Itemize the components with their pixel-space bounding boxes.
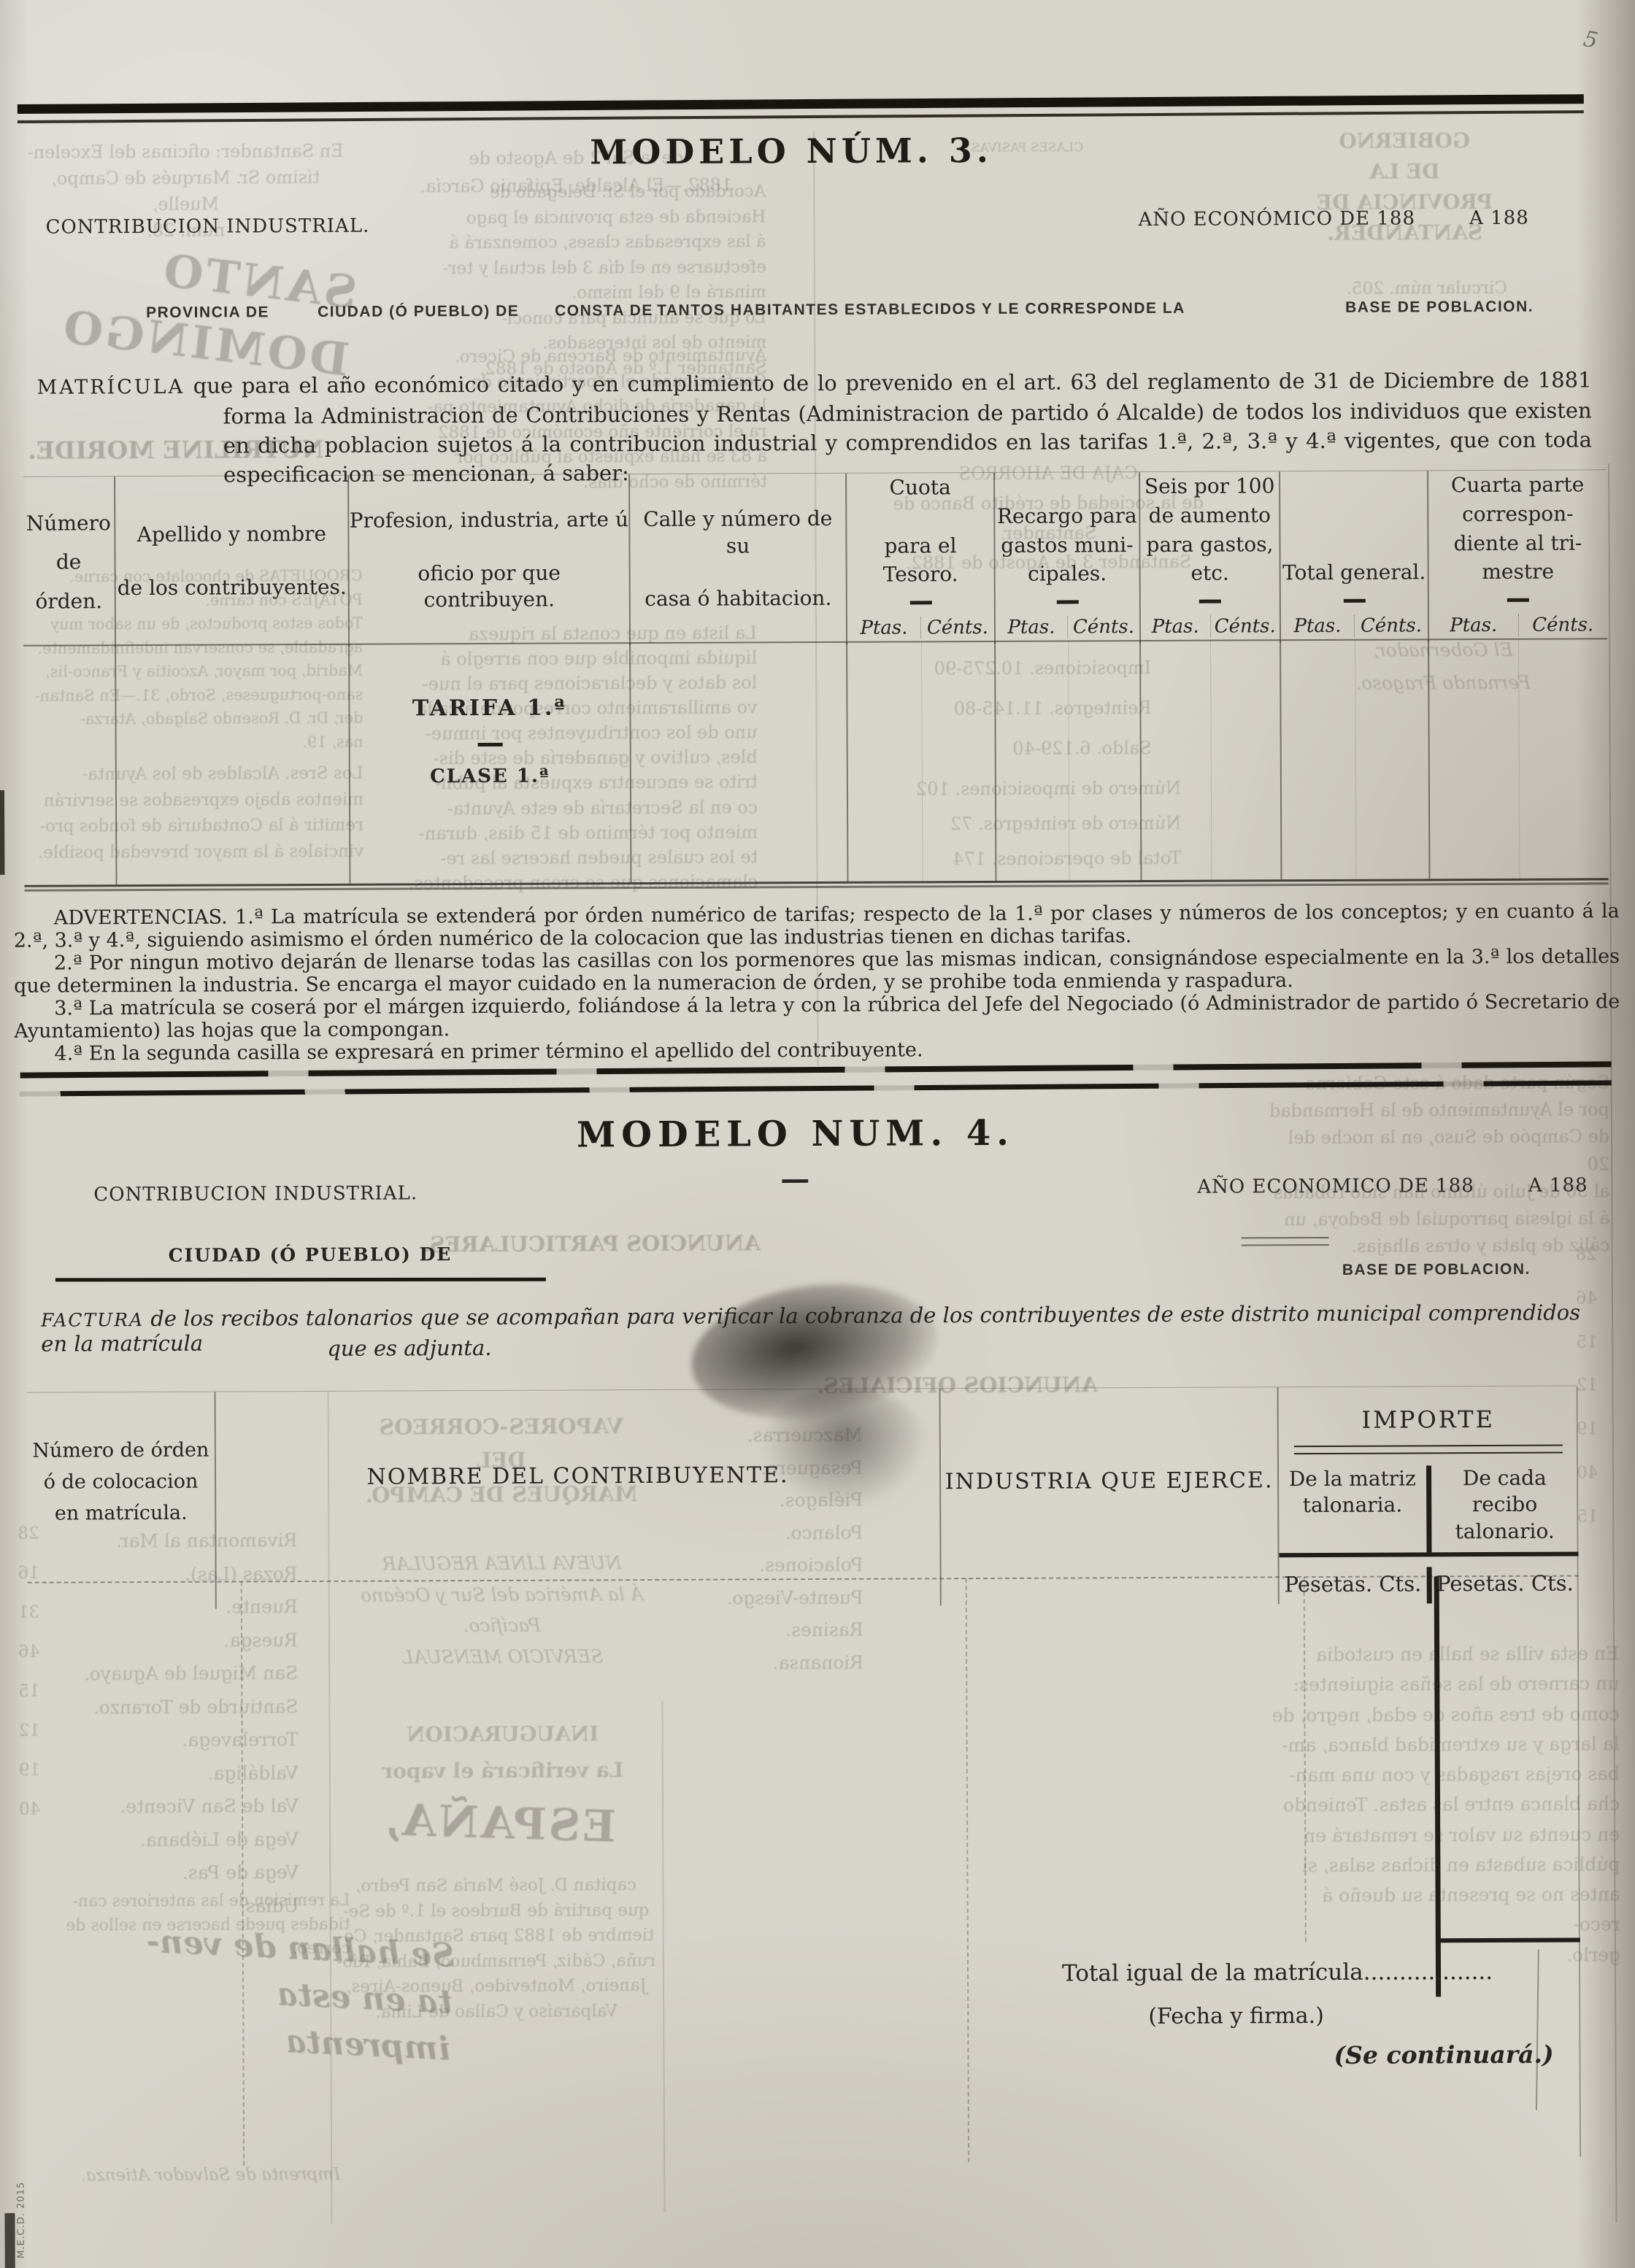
tarifa-label: TARIFA 1.ª xyxy=(412,695,567,721)
clase-label: CLASE 1.ª xyxy=(430,765,550,788)
advertencia-2: 2.ª Por ningun motivo dejarán de llenars… xyxy=(14,945,1620,998)
body-cell-cuarta xyxy=(1428,639,1608,879)
bleedthrough-text: ANUNCIOS PARTICULARES. xyxy=(409,1227,774,1261)
fecha-firma-line: (Fecha y firma.) xyxy=(1148,2003,1324,2029)
col-recargo-municipal: Recargo para gastos muni- cipales. xyxy=(997,501,1137,589)
page-folio-number: 5 xyxy=(1581,26,1600,54)
col-numero-orden: Número de órden. xyxy=(26,504,112,620)
modelo4-heading-left: CONTRIBUCION INDUSTRIAL. xyxy=(93,1182,418,1206)
bleedthrough-text: Imprenta de Salvador Atienza. xyxy=(48,2162,340,2188)
factura-paragraph-line2: que es adjunta. xyxy=(327,1335,491,1361)
col-calle-numero: Calle y número de su casa ó habitacion. xyxy=(630,506,846,613)
bleedthrough-text: Según parte dado á este Gobierno por el … xyxy=(1266,1069,1610,1260)
ptas-label: Ptas. xyxy=(1281,615,1354,637)
cents-label: Cénts. xyxy=(1517,614,1607,636)
modelo4-base-dashes xyxy=(1242,1237,1329,1246)
body-cell-total xyxy=(1280,640,1428,879)
modelo4-total-row-rule xyxy=(1439,1937,1580,1943)
paper-sheet: En Santander: oficinas del Excelen- tísi… xyxy=(0,0,1635,2268)
modelo4-table: Número de órden ó de colocacion en matrí… xyxy=(27,1385,1579,1583)
modelo3-heading-right: AÑO ECONÓMICO DE 188 A 188 xyxy=(1138,207,1528,231)
column-dash xyxy=(1199,600,1221,603)
modelo3-title: MODELO NÚM. 3. xyxy=(0,128,1587,174)
tarifa-dash xyxy=(477,743,502,747)
cents-label: Cénts. xyxy=(1209,615,1280,637)
matricula-body-text: que para el año económico citado y en cu… xyxy=(193,367,1592,487)
importe-double-rule xyxy=(1294,1445,1563,1455)
pesetas-cts-label: Pesetas. Cts. xyxy=(1426,1567,1579,1604)
body-cell-calle xyxy=(629,643,847,882)
scanned-newspaper-page: En Santander: oficinas del Excelen- tísi… xyxy=(0,0,1635,2268)
body-cell-numero xyxy=(23,646,115,885)
modelo3-table-body: TARIFA 1.ª CLASE 1.ª xyxy=(23,639,1608,884)
modelo3-heading-left: CONTRIBUCION INDUSTRIAL. xyxy=(46,215,370,239)
column-dash xyxy=(1056,600,1078,603)
cents-label: Cénts. xyxy=(1067,616,1139,638)
bleedthrough-text: ESPAÑA, xyxy=(374,1787,625,1860)
cents-label: Cénts. xyxy=(920,617,994,639)
bleedthrough-text: INAUGURACION La verificará el vapor xyxy=(345,1716,659,1791)
digitization-stamp: M.E.C.D. 2015 xyxy=(15,2182,26,2259)
col-apellido-nombre: Apellido y nombre de los contribuyentes. xyxy=(117,521,347,602)
body-cell-apellido xyxy=(115,645,349,884)
body-cell-recargo xyxy=(994,641,1140,881)
column-dash xyxy=(1507,598,1529,602)
modelo4-base-poblacion: BASE DE POBLACION. xyxy=(1342,1261,1531,1279)
advertencia-3: 3.ª La matrícula se coserá por el márgen… xyxy=(14,990,1620,1043)
masthead-rule-thick xyxy=(18,94,1584,114)
modelo4-body-column-line xyxy=(966,1578,969,2162)
column-dash xyxy=(1343,599,1365,603)
modelo3-table-header: Número de órden. Apellido y nombre de lo… xyxy=(23,470,1607,646)
modelo4-city-line: CIUDAD (Ó PUEBLO) DE xyxy=(169,1243,453,1266)
body-cell-cuota xyxy=(846,642,995,882)
province-segment: PROVINCIA DE xyxy=(146,304,269,322)
consta-segment: CONSTA DE xyxy=(555,302,653,320)
modelo4-thin-vertical xyxy=(1536,1950,1539,2110)
column-dash xyxy=(909,601,931,604)
factura-lead-word: FACTURA xyxy=(41,1309,144,1331)
pesetas-cts-label: Pesetas. Cts. xyxy=(1280,1567,1427,1605)
se-continuara-line: (Se continuará.) xyxy=(1334,2040,1553,2070)
body-cell-profesion: TARIFA 1.ª CLASE 1.ª xyxy=(348,644,630,884)
modelo4-city-underline xyxy=(55,1278,546,1282)
modelo4-title: MODELO NUM. 4. xyxy=(0,1110,1591,1158)
modelo3-table: Número de órden. Apellido y nombre de lo… xyxy=(23,469,1608,887)
col-seis-por-100: Seis por 100 de aumento para gastos, etc… xyxy=(1144,471,1275,588)
ptas-label: Ptas. xyxy=(847,617,920,639)
modelo3-province-line: PROVINCIA DE CIUDAD (Ó PUEBLO) DE CONSTA… xyxy=(0,0,1630,4)
bleedthrough-text: 28 46 15 12 19 40 15 xyxy=(1576,1233,1611,1539)
ptas-label: Ptas. xyxy=(996,617,1067,639)
bleedthrough-text: En esta villa se halla en custodia un ca… xyxy=(1269,1638,1620,1971)
bleedthrough-text: La remision de las anteriores can- tidad… xyxy=(36,1889,350,1962)
subcol-recibo-talonario: De cada recibo talonario. xyxy=(1426,1465,1578,1552)
matricula-lead-word: MATRÍCULA xyxy=(36,376,185,399)
col-numero-colocacion: Número de órden ó de colocacion en matrí… xyxy=(32,1392,209,1530)
modelo4-table-header: Número de órden ó de colocacion en matrí… xyxy=(27,1386,1579,1583)
col-nombre-contribuyente: NOMBRE DEL CONTRIBUYENTE. xyxy=(366,1389,789,1490)
city-segment: CIUDAD (Ó PUEBLO) DE xyxy=(318,303,519,321)
modelo4-heading-right: AÑO ECONOMICO DE 188 A 188 xyxy=(1197,1174,1588,1197)
body-cell-seis xyxy=(1139,641,1280,880)
col-cuota-tesoro: Cuota para el Tesoro. xyxy=(847,473,994,590)
col-cuarta-parte: Cuarta parte correspon- diente al tri- m… xyxy=(1451,470,1585,587)
total-matricula-line: Total igual de la matrícula.............… xyxy=(1062,1959,1493,1987)
col-industria-ejerce: INDUSTRIA QUE EJERCE. xyxy=(945,1387,1273,1494)
advertencias-block: ADVERTENCIAS. 1.ª La matrícula se extend… xyxy=(14,900,1620,1065)
base-poblacion-segment: BASE DE POBLACION. xyxy=(1345,298,1534,317)
modelo4-title-dash: — xyxy=(766,1162,823,1196)
ptas-label: Ptas. xyxy=(1141,616,1210,638)
col-total-general: Total general. xyxy=(1282,558,1426,588)
habitantes-segment: TANTOS HABITANTES ESTABLECIDOS Y LE CORR… xyxy=(657,300,1185,320)
subcol-matriz-talonaria: De la matriz talonaria. xyxy=(1279,1465,1426,1553)
scan-corner-mark xyxy=(4,2213,15,2268)
advertencia-1: ADVERTENCIAS. 1.ª La matrícula se extend… xyxy=(14,900,1620,952)
scan-edge-mark xyxy=(0,790,4,875)
ptas-label: Ptas. xyxy=(1429,614,1518,637)
importe-subcolumns: De la matriz talonaria. De cada recibo t… xyxy=(1279,1465,1579,1557)
cents-label: Cénts. xyxy=(1354,614,1428,636)
importe-header: IMPORTE xyxy=(1361,1405,1495,1434)
importe-money-row: Pesetas. Cts. Pesetas. Cts. xyxy=(1280,1567,1579,1605)
col-profesion-industria: Profesion, industria, arte ú oficio por … xyxy=(349,506,629,614)
